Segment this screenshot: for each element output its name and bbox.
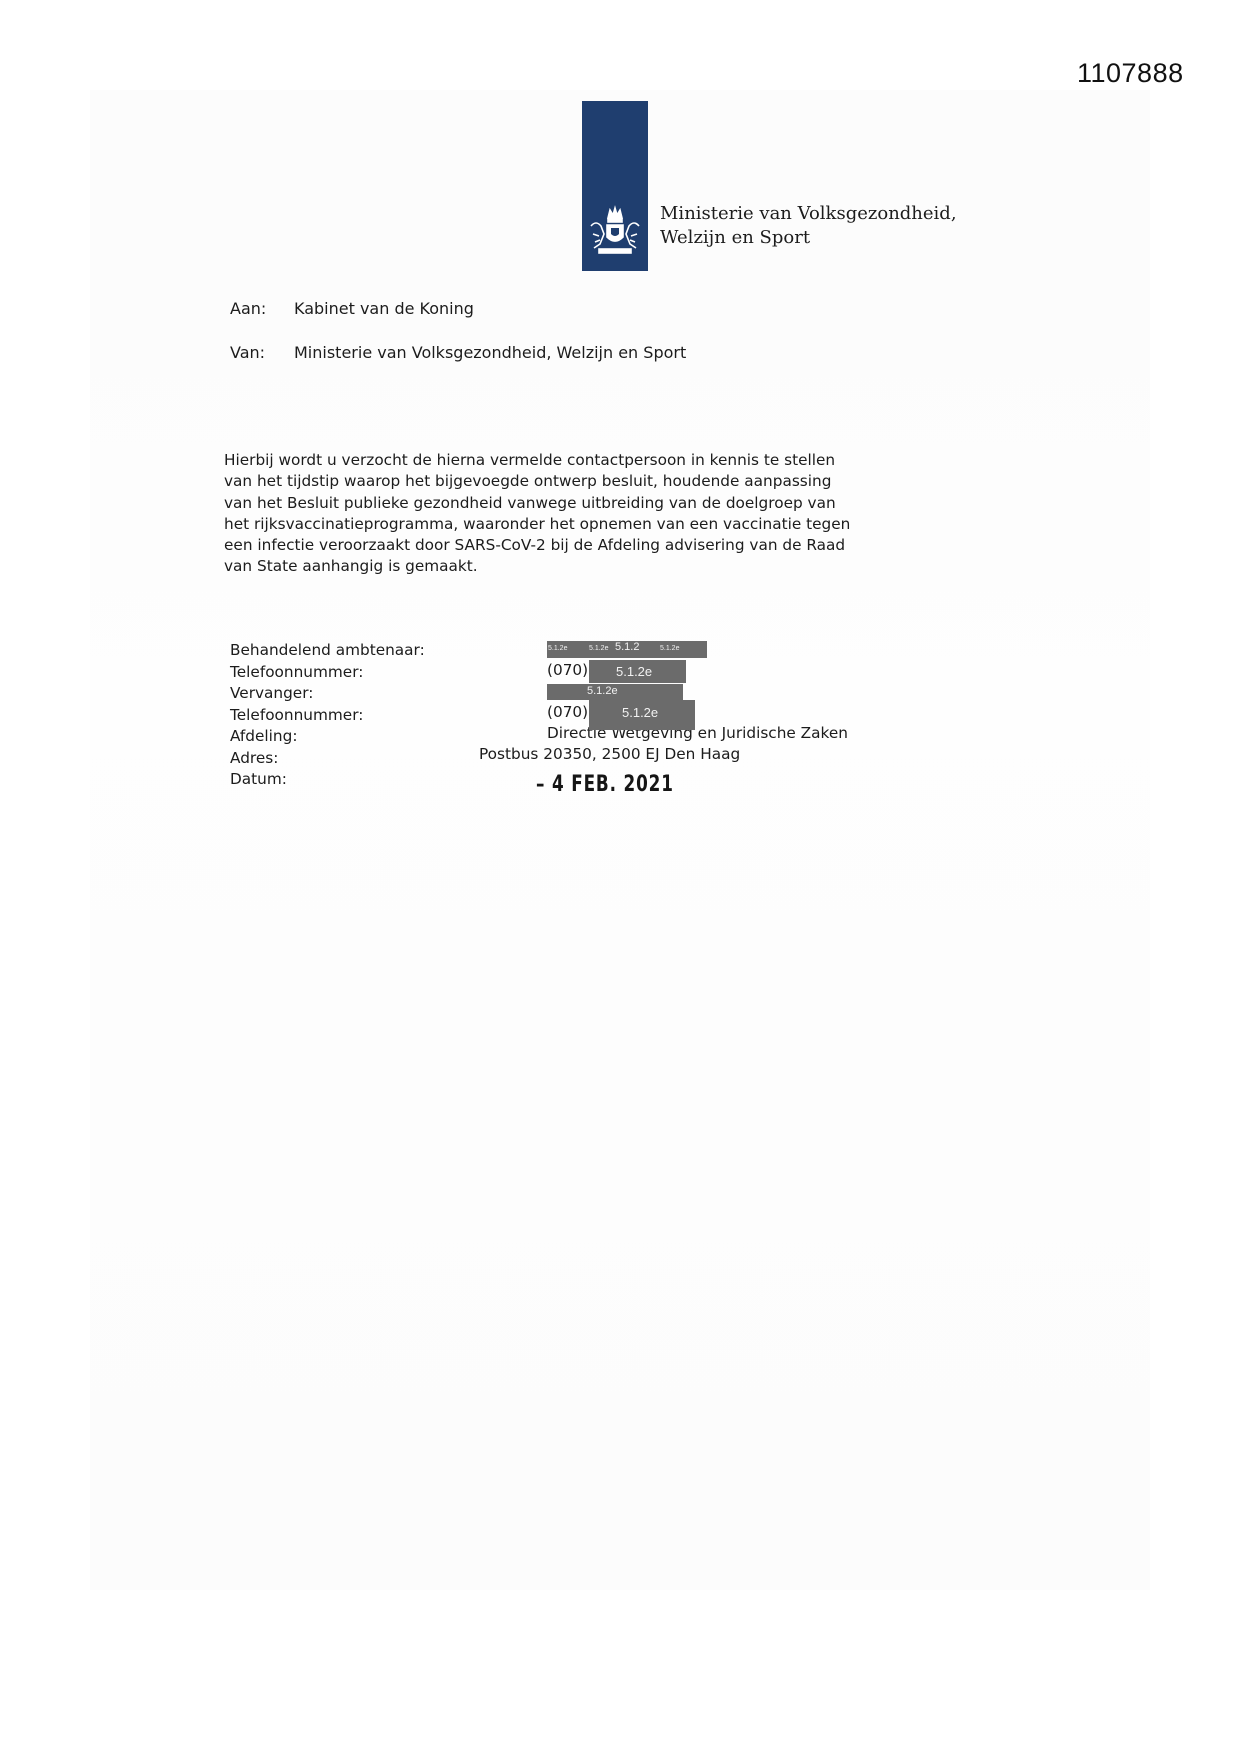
redaction-vervanger: 5.1.2e [547, 684, 683, 700]
label-afdeling: Afdeling: [230, 726, 425, 748]
ministry-name: Ministerie van Volksgezondheid, Welzijn … [660, 202, 957, 250]
label-adres: Adres: [230, 748, 425, 770]
phone2-prefix: (070) [547, 703, 588, 721]
redaction-code: 5.1.2e [616, 664, 652, 679]
ministry-logo [582, 101, 648, 271]
label-vervanger: Vervanger: [230, 683, 425, 705]
redaction-code: 5.1.2e [587, 685, 618, 697]
label-telefoonnummer-2: Telefoonnummer: [230, 705, 425, 727]
phone1-prefix: (070) [547, 661, 588, 679]
recipient-label: Aan: [230, 299, 294, 318]
label-behandelend-ambtenaar: Behandelend ambtenaar: [230, 640, 425, 662]
redaction-overlap [589, 720, 695, 730]
label-telefoonnummer-1: Telefoonnummer: [230, 662, 425, 684]
coat-of-arms-icon [587, 204, 643, 262]
redaction-code: 5.1.2 [615, 641, 639, 653]
sender-label: Van: [230, 343, 294, 362]
contact-labels: Behandelend ambtenaar: Telefoonnummer: V… [230, 640, 425, 791]
sender-value: Ministerie van Volksgezondheid, Welzijn … [294, 343, 686, 362]
redaction-code: 5.1.2e [548, 645, 567, 652]
redaction-phone1: 5.1.2e [589, 660, 686, 683]
sender-row: Van:Ministerie van Volksgezondheid, Welz… [230, 343, 686, 362]
redaction-behandelend-ambtenaar: 5.1.2e 5.1.2e 5.1.2 5.1.2e [547, 641, 707, 658]
ministry-name-line1: Ministerie van Volksgezondheid, [660, 202, 957, 226]
adres-value: Postbus 20350, 2500 EJ Den Haag [479, 745, 740, 763]
date-stamp: – 4 FEB. 2021 [536, 772, 674, 797]
ministry-name-line2: Welzijn en Sport [660, 226, 957, 250]
request-paragraph: Hierbij wordt u verzocht de hierna verme… [224, 450, 904, 578]
label-datum: Datum: [230, 769, 425, 791]
redaction-code: 5.1.2e [622, 705, 658, 720]
document-number: 1107888 [1077, 58, 1184, 89]
recipient-value: Kabinet van de Koning [294, 299, 474, 318]
redaction-code: 5.1.2e [660, 645, 679, 652]
redaction-code: 5.1.2e [589, 645, 608, 652]
recipient-row: Aan:Kabinet van de Koning [230, 299, 474, 318]
